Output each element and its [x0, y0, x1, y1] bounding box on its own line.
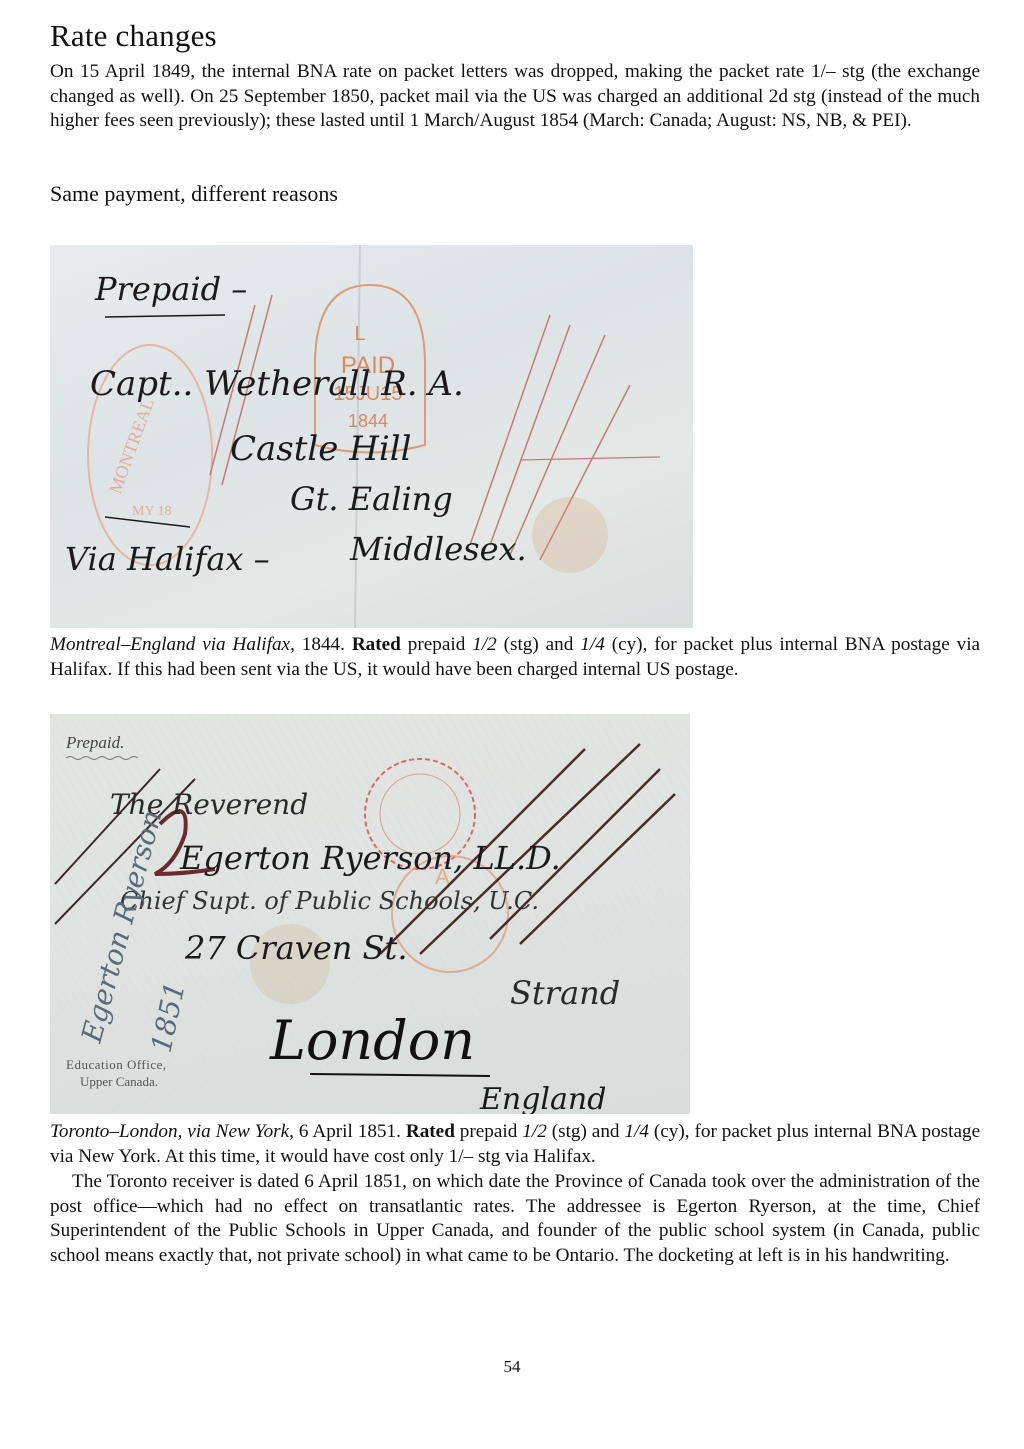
envelope-illustration: Prepaid. A The Reverend Egerton Ryerson,…: [50, 714, 690, 1114]
caption-route: Toronto–London, via New York,: [50, 1121, 294, 1142]
svg-text:MY 18: MY 18: [132, 504, 172, 519]
page-number: 54: [0, 1357, 1024, 1377]
manuscript-line7: England: [479, 1082, 606, 1114]
manuscript-line2: Castle Hill: [230, 429, 411, 469]
caption-rated: Rated: [352, 634, 401, 655]
manuscript-prepaid: Prepaid –: [94, 270, 247, 308]
caption-rate-cy: 1/4: [624, 1121, 649, 1142]
caption-year: 1844.: [302, 634, 345, 655]
caption-route: Montreal–England via Halifax,: [50, 634, 295, 655]
caption-date: 6 April 1851.: [299, 1121, 401, 1142]
manuscript-routing: Via Halifax –: [65, 540, 270, 578]
figure-caption-montreal: Montreal–England via Halifax, 1844. Rate…: [50, 633, 980, 682]
envelope-illustration: MONTREAL MY 18 L PAID 15JU15 1844 Prepai…: [50, 245, 693, 628]
caption-rate-stg: 1/2: [472, 634, 497, 655]
printed-prepaid: Prepaid.: [65, 733, 124, 752]
cover-image-toronto: Prepaid. A The Reverend Egerton Ryerson,…: [50, 714, 690, 1114]
printed-office-line2: Upper Canada.: [80, 1074, 158, 1089]
figure-caption-toronto: Toronto–London, via New York, 6 April 18…: [50, 1120, 980, 1169]
caption-rated: Rated: [406, 1121, 455, 1142]
caption-text: (stg) and: [504, 634, 574, 655]
manuscript-line3: Chief Supt. of Public Schools, U.C.: [120, 887, 539, 915]
svg-text:L: L: [354, 323, 365, 345]
caption-text: prepaid: [460, 1121, 518, 1142]
caption-rate-cy: 1/4: [580, 634, 605, 655]
manuscript-line3: Gt. Ealing: [290, 480, 453, 518]
caption-text: prepaid: [408, 634, 466, 655]
manuscript-line5: Strand: [510, 974, 620, 1012]
printed-office-line1: Education Office,: [66, 1057, 167, 1072]
svg-text:MONTREAL: MONTREAL: [105, 396, 158, 497]
svg-text:1844: 1844: [348, 411, 388, 431]
caption-text: (stg) and: [552, 1121, 620, 1142]
page-title: Rate changes: [50, 18, 217, 54]
intro-paragraph: On 15 April 1849, the internal BNA rate …: [50, 60, 980, 134]
section-subheading: Same payment, different reasons: [50, 180, 338, 208]
manuscript-addressee: Capt.. Wetherall R. A.: [90, 364, 464, 404]
caption-rate-stg: 1/2: [522, 1121, 547, 1142]
closing-paragraph: The Toronto receiver is dated 6 April 18…: [50, 1170, 980, 1268]
manuscript-line2: Egerton Ryerson, LL.D.: [179, 839, 561, 877]
cover-image-montreal: MONTREAL MY 18 L PAID 15JU15 1844 Prepai…: [50, 245, 693, 628]
manuscript-line6: London: [269, 1009, 475, 1072]
manuscript-line4: 27 Craven St.: [184, 929, 408, 967]
manuscript-line4: Middlesex.: [349, 530, 527, 568]
